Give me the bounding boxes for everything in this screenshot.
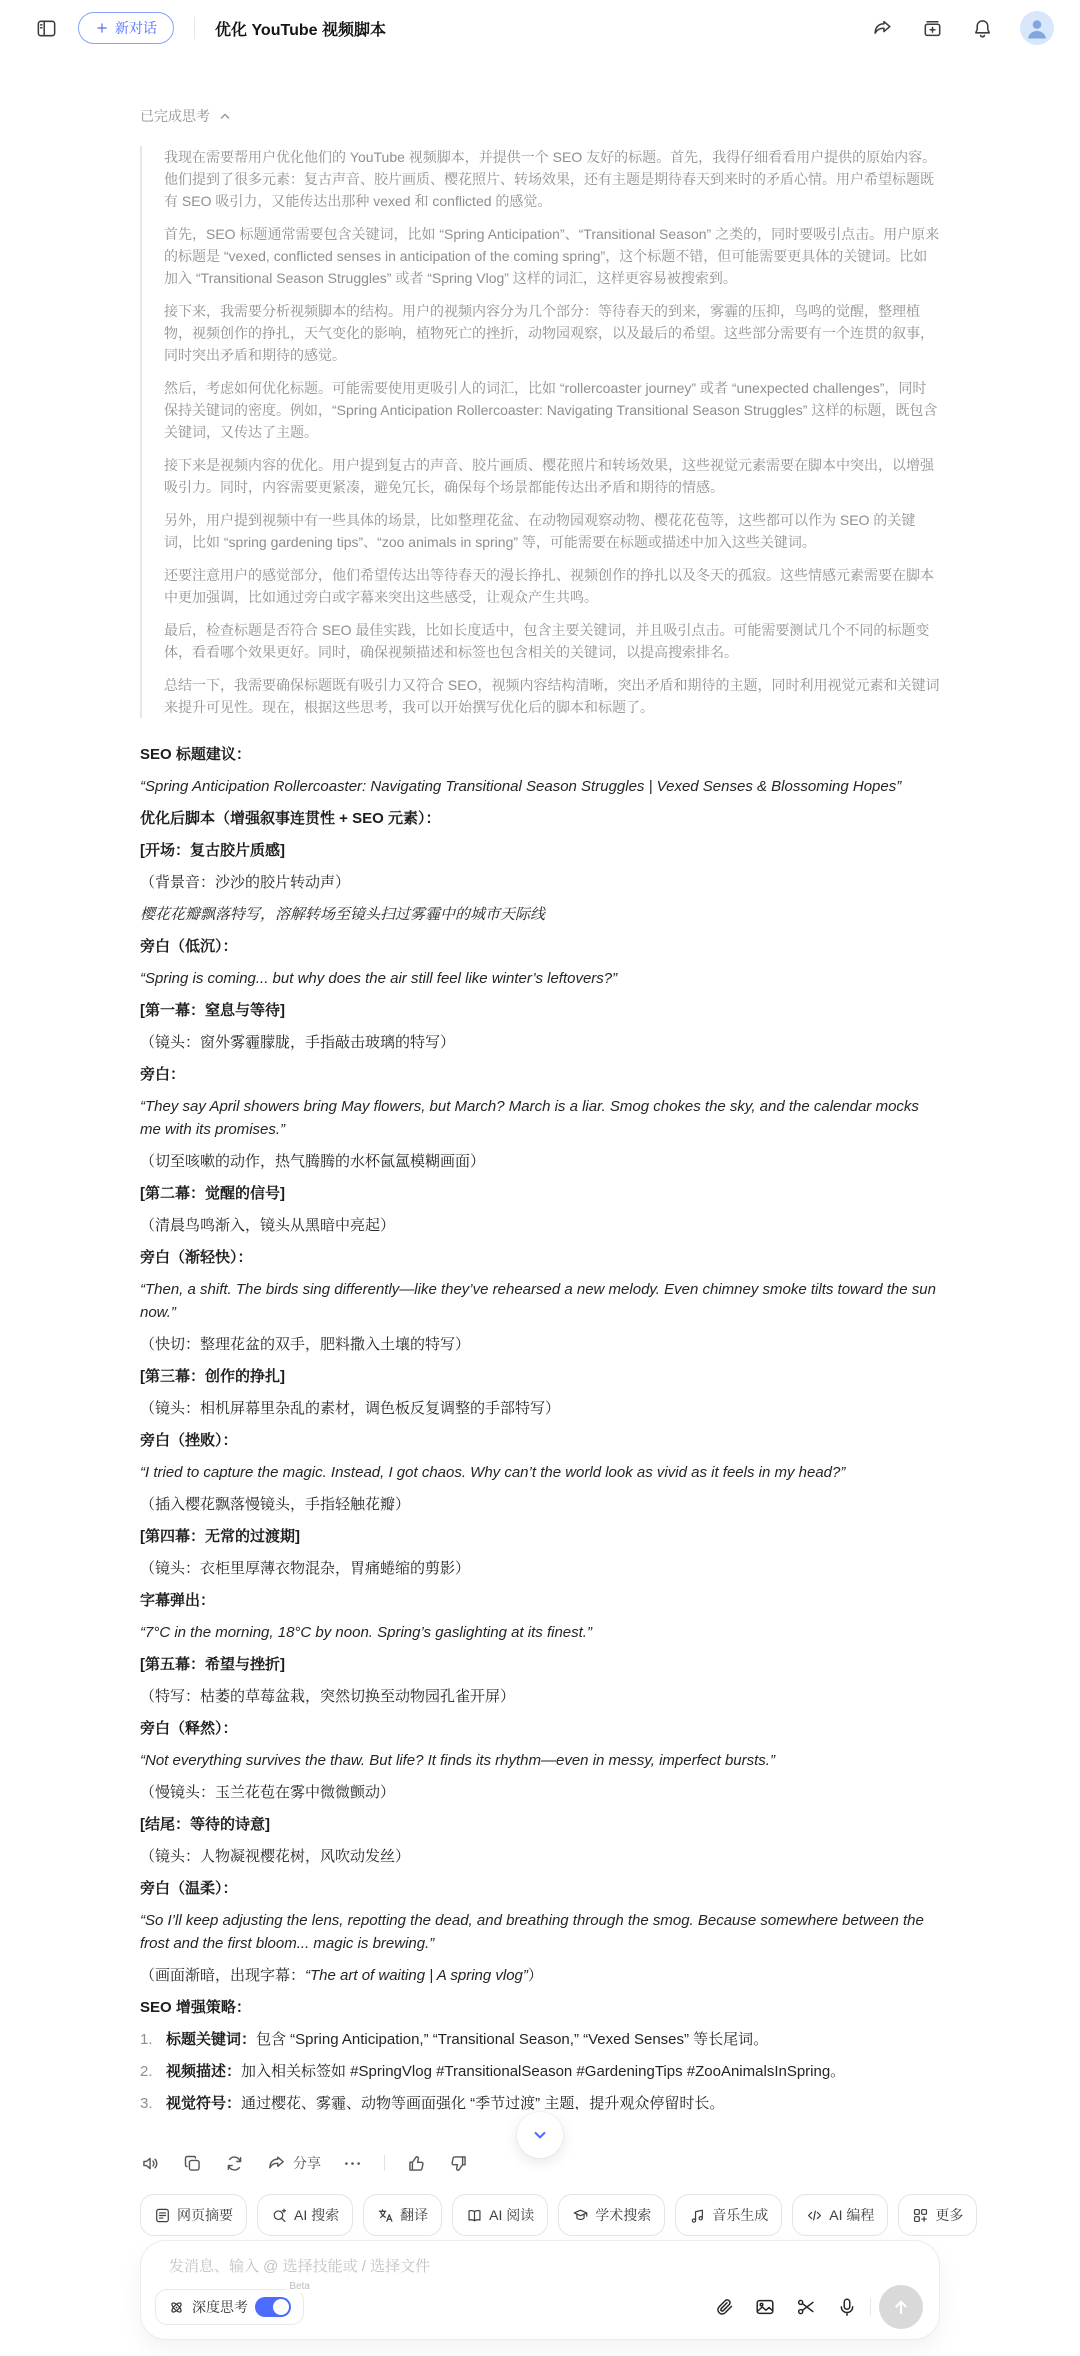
- sidebar-toggle-button[interactable]: [34, 16, 58, 40]
- new-chat-label: 新对话: [115, 18, 157, 38]
- send-button[interactable]: [879, 2285, 923, 2329]
- scroll-to-bottom-button[interactable]: [517, 2112, 563, 2158]
- seo-strategy-item: 2.视频描述：加入相关标签如 #SpringVlog #Transitional…: [140, 2060, 940, 2083]
- seo-strategy-item: 3.视觉符号：通过樱花、雾霾、动物等画面强化 “季节过渡” 主题，提升观众停留时…: [140, 2092, 940, 2110]
- share-icon: [871, 17, 894, 40]
- thinking-paragraph: 还要注意用户的感觉部分，他们希望传达出等待春天的漫长挣扎、视频创作的挣扎以及冬天…: [164, 564, 940, 608]
- voiceover-heading: 旁白（温柔）：: [140, 1877, 940, 1900]
- scene-heading: [第五幕：希望与挫折]: [140, 1653, 940, 1676]
- skill-chip-label: 网页摘要: [177, 2205, 233, 2225]
- scene-heading: [第一幕：窒息与等待]: [140, 999, 940, 1022]
- image-icon: [754, 2296, 776, 2318]
- thinking-paragraph: 首先，SEO 标题通常需要包含关键词，比如 “Spring Anticipati…: [164, 223, 940, 289]
- academic-search-icon: [572, 2207, 589, 2224]
- seo-strategy-list: 1.标题关键词：包含 “Spring Anticipation,” “Trans…: [140, 2028, 940, 2110]
- attach-file-button[interactable]: [713, 2296, 735, 2318]
- sidebar-toggle-icon: [35, 17, 58, 40]
- direction: （镜头：相机屏幕里杂乱的素材，调色板反复调整的手部特写）: [140, 1397, 940, 1420]
- skill-chip-music-gen[interactable]: 音乐生成: [675, 2194, 782, 2236]
- composer[interactable]: Beta 深度思考: [140, 2240, 940, 2340]
- scene-heading: [开场：复古胶片质感]: [140, 839, 940, 862]
- composer-divider: [870, 2298, 871, 2316]
- chat-content: 已完成思考 我现在需要帮用户优化他们的 YouTube 视频脚本，并提供一个 S…: [140, 106, 940, 2110]
- voiceover-line: “Then, a shift. The birds sing different…: [140, 1278, 940, 1324]
- direction: （镜头：窗外雾霾朦胧，手指敲击玻璃的特写）: [140, 1031, 940, 1054]
- caption-line: “7°C in the morning, 18°C by noon. Sprin…: [140, 1621, 940, 1644]
- avatar[interactable]: [1020, 11, 1054, 45]
- direction: （切至咳嗽的动作，热气腾腾的水杯氤氲模糊画面）: [140, 1150, 940, 1173]
- share-icon: [266, 2153, 287, 2174]
- share-message-button[interactable]: 分享: [266, 2153, 321, 2174]
- direction: （插入樱花飘落慢镜头，手指轻触花瓣）: [140, 1493, 940, 1516]
- notifications-button[interactable]: [970, 16, 994, 40]
- direction: （清晨鸟鸣渐入，镜头从黑暗中亮起）: [140, 1214, 940, 1237]
- share-label: 分享: [293, 2153, 321, 2173]
- skill-chip-translate[interactable]: 翻译: [363, 2194, 442, 2236]
- microphone-icon: [836, 2296, 858, 2318]
- ellipsis-icon: [342, 2153, 363, 2174]
- thinking-paragraph: 最后，检查标题是否符合 SEO 最佳实践，比如长度适中，包含主要关键词，并且吸引…: [164, 619, 940, 663]
- scene-heading: [第二幕：觉醒的信号]: [140, 1182, 940, 1205]
- direction: （慢镜头：玉兰花苞在雾中微微颤动）: [140, 1781, 940, 1804]
- thinking-content: 我现在需要帮用户优化他们的 YouTube 视频脚本，并提供一个 SEO 友好的…: [140, 146, 940, 718]
- copy-icon: [182, 2153, 203, 2174]
- skill-chip-label: AI 编程: [829, 2205, 874, 2225]
- refresh-icon: [224, 2153, 245, 2174]
- scissors-icon: [795, 2296, 817, 2318]
- deep-think-switch[interactable]: [255, 2297, 291, 2317]
- skill-chip-label: AI 阅读: [489, 2205, 534, 2225]
- thumbs-up-icon: [406, 2153, 427, 2174]
- direction: （快切：整理花盆的双手，肥料撒入土壤的特写）: [140, 1333, 940, 1356]
- skill-chip-academic-search[interactable]: 学术搜索: [558, 2194, 665, 2236]
- skills-row: 网页摘要AI 搜索翻译AI 阅读学术搜索音乐生成AI 编程更多: [140, 2194, 977, 2236]
- thumbs-down-icon: [448, 2153, 469, 2174]
- thinking-paragraph: 另外，用户提到视频中有一些具体的场景，比如整理花盆、在动物园观察动物、樱花花苞等…: [164, 509, 940, 553]
- thumbs-down-button[interactable]: [448, 2153, 469, 2174]
- chevron-up-icon: [217, 108, 233, 124]
- direction: （背景音：沙沙的胶片转动声）: [140, 871, 940, 894]
- header-divider: [194, 17, 195, 39]
- scene-heading: [第三幕：创作的挣扎]: [140, 1365, 940, 1388]
- voiceover-heading: 旁白：: [140, 1063, 940, 1086]
- thinking-paragraph: 总结一下，我需要确保标题既有吸引力又符合 SEO，视频内容结构清晰，突出矛盾和期…: [164, 674, 940, 718]
- actions-divider: [384, 2155, 385, 2171]
- scene-heading: [第四幕：无常的过渡期]: [140, 1525, 940, 1548]
- direction-italic: 樱花花瓣飘落特写，溶解转场至镜头扫过雾霾中的城市天际线: [140, 903, 940, 926]
- thinking-paragraph: 然后，考虑如何优化标题。可能需要使用更吸引人的词汇，比如 “rollercoas…: [164, 377, 940, 443]
- plus-icon: [95, 21, 109, 35]
- ai-search-icon: [271, 2207, 288, 2224]
- chevron-down-icon: [529, 2124, 551, 2146]
- user-icon: [1020, 11, 1054, 45]
- skill-chip-label: 音乐生成: [712, 2205, 768, 2225]
- voiceover-line: “So I’ll keep adjusting the lens, repott…: [140, 1909, 940, 1955]
- message-actions: 分享: [140, 2148, 469, 2178]
- translate-icon: [377, 2207, 394, 2224]
- voiceover-heading: 旁白（释然）：: [140, 1717, 940, 1740]
- direction: （镜头：人物凝视樱花树，风吹动发丝）: [140, 1845, 940, 1868]
- skill-chip-label: 翻译: [400, 2205, 428, 2225]
- thinking-status-label: 已完成思考: [140, 106, 210, 126]
- deep-think-icon: [168, 2299, 185, 2316]
- ai-reading-icon: [466, 2207, 483, 2224]
- voiceover-heading: 旁白（挫败）：: [140, 1429, 940, 1452]
- save-to-collection-button[interactable]: [920, 16, 944, 40]
- seo-strategy-heading: SEO 增强策略：: [140, 1996, 940, 2019]
- thinking-paragraph: 我现在需要帮用户优化他们的 YouTube 视频脚本，并提供一个 SEO 友好的…: [164, 146, 940, 212]
- skill-chip-ai-coding[interactable]: AI 编程: [792, 2194, 888, 2236]
- skill-chip-label: AI 搜索: [294, 2205, 339, 2225]
- caption-heading: 字幕弹出：: [140, 1589, 940, 1612]
- screenshot-button[interactable]: [795, 2296, 817, 2318]
- voiceover-line: “I tried to capture the magic. Instead, …: [140, 1461, 940, 1484]
- read-aloud-button[interactable]: [140, 2153, 161, 2174]
- direction-mixed: （画面渐暗，出现字幕：“The art of waiting | A sprin…: [140, 1964, 940, 1987]
- doc-summary-icon: [154, 2207, 171, 2224]
- voiceover-heading: 旁白（渐轻快）：: [140, 1246, 940, 1269]
- direction: （特写：枯萎的草莓盆栽，突然切换至动物园孔雀开屏）: [140, 1685, 940, 1708]
- skill-chip-ai-search[interactable]: AI 搜索: [257, 2194, 353, 2236]
- page-title: 优化 YouTube 视频脚本: [215, 17, 386, 40]
- more-actions-button[interactable]: [342, 2153, 363, 2174]
- voiceover-line: “Spring is coming... but why does the ai…: [140, 967, 940, 990]
- optimized-script-heading: 优化后脚本（增强叙事连贯性 + SEO 元素）：: [140, 807, 940, 830]
- paperclip-icon: [713, 2296, 735, 2318]
- direction: （镜头：衣柜里厚薄衣物混杂，胃痛蜷缩的剪影）: [140, 1557, 940, 1580]
- archive-box-icon: [921, 17, 944, 40]
- voice-input-button[interactable]: [836, 2296, 858, 2318]
- seo-title-suggestion: “Spring Anticipation Rollercoaster: Navi…: [140, 775, 940, 798]
- thumbs-up-button[interactable]: [406, 2153, 427, 2174]
- new-chat-button[interactable]: 新对话: [78, 12, 174, 44]
- header: 新对话 优化 YouTube 视频脚本: [0, 0, 1080, 56]
- scene-heading: [结尾：等待的诗意]: [140, 1813, 940, 1836]
- message-input[interactable]: [167, 2257, 913, 2276]
- answer-blocks: SEO 标题建议：“Spring Anticipation Rollercoas…: [140, 743, 940, 2110]
- deep-think-toggle[interactable]: Beta 深度思考: [155, 2289, 304, 2325]
- voiceover-heading: 旁白（低沉）：: [140, 935, 940, 958]
- thinking-paragraph: 接下来是视频内容的优化。用户提到复古的声音、胶片画质、樱花照片和转场效果，这些视…: [164, 454, 940, 498]
- copy-button[interactable]: [182, 2153, 203, 2174]
- switch-knob: [273, 2299, 289, 2315]
- arrow-up-icon: [890, 2296, 912, 2318]
- share-chat-button[interactable]: [870, 16, 894, 40]
- app-window: 新对话 优化 YouTube 视频脚本: [0, 0, 1080, 2356]
- insert-image-button[interactable]: [754, 2296, 776, 2318]
- thinking-toggle[interactable]: 已完成思考: [140, 106, 940, 126]
- regenerate-button[interactable]: [224, 2153, 245, 2174]
- skill-chip-ai-reading[interactable]: AI 阅读: [452, 2194, 548, 2236]
- music-gen-icon: [689, 2207, 706, 2224]
- skill-chip-web-summary[interactable]: 网页摘要: [140, 2194, 247, 2236]
- skill-chip-label: 更多: [935, 2205, 963, 2225]
- bell-icon: [971, 17, 994, 40]
- skill-chip-more[interactable]: 更多: [898, 2194, 977, 2236]
- more-grid-icon: [912, 2207, 929, 2224]
- skill-chip-label: 学术搜索: [595, 2205, 651, 2225]
- speaker-icon: [140, 2153, 161, 2174]
- ai-coding-icon: [806, 2207, 823, 2224]
- voiceover-line: “They say April showers bring May flower…: [140, 1095, 940, 1141]
- beta-badge: Beta: [286, 2281, 313, 2293]
- seo-title-heading: SEO 标题建议：: [140, 743, 940, 766]
- deep-think-label: 深度思考: [192, 2297, 248, 2317]
- thinking-paragraph: 接下来，我需要分析视频脚本的结构。用户的视频内容分为几个部分：等待春天的到来，雾…: [164, 300, 940, 366]
- composer-toolbar: Beta 深度思考: [155, 2285, 923, 2329]
- seo-strategy-item: 1.标题关键词：包含 “Spring Anticipation,” “Trans…: [140, 2028, 940, 2051]
- voiceover-line: “Not everything survives the thaw. But l…: [140, 1749, 940, 1772]
